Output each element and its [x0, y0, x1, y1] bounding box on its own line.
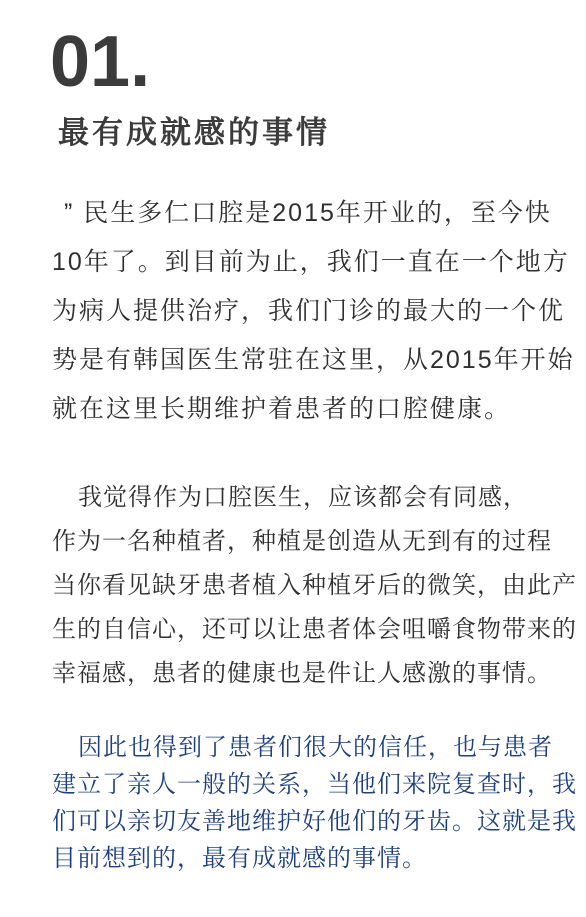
text-line: 幸福感，患者的健康也是件让人感激的事情。 — [52, 652, 558, 696]
section-number: 01. — [50, 26, 558, 98]
text-line: 为病人提供治疗，我们门诊的最大的一个优 — [52, 287, 558, 336]
text-line: 势是有韩国医生常驻在这里，从2015年开始 — [52, 336, 558, 385]
paragraph-conclusion-highlight: 因此也得到了患者们很大的信任，也与患者建立了亲人一般的关系，当他们来院复查时，我… — [52, 729, 558, 877]
text-line: 生的自信心，还可以让患者体会咀嚼食物带来的 — [52, 608, 558, 652]
text-line: 当你看见缺牙患者植入种植牙后的微笑，由此产 — [52, 564, 558, 608]
text-line: 就在这里长期维护着患者的口腔健康。 — [52, 385, 558, 434]
paragraph-opening-quote: ” 民生多仁口腔是2015年开业的，至今快10年了。到目前为止，我们一直在一个地… — [52, 189, 558, 434]
text-line: 作为一名种植者，种植是创造从无到有的过程 — [52, 520, 558, 564]
text-line: 们可以亲切友善地维护好他们的牙齿。这就是我 — [52, 803, 558, 840]
text-line: 因此也得到了患者们很大的信任，也与患者 — [52, 729, 558, 766]
paragraph-insight: 我觉得作为口腔医生，应该都会有同感，作为一名种植者，种植是创造从无到有的过程当你… — [52, 476, 558, 696]
text-line: 10年了。到目前为止，我们一直在一个地方 — [52, 238, 558, 287]
text-line: ” 民生多仁口腔是2015年开业的，至今快 — [52, 189, 558, 238]
text-line: 建立了亲人一般的关系，当他们来院复查时，我 — [52, 766, 558, 803]
text-line: 目前想到的，最有成就感的事情。 — [52, 840, 558, 877]
section-title: 最有成就感的事情 — [58, 114, 558, 152]
article-page: 01. 最有成就感的事情 ” 民生多仁口腔是2015年开业的，至今快10年了。到… — [0, 0, 586, 917]
text-line: 我觉得作为口腔医生，应该都会有同感， — [52, 476, 558, 520]
